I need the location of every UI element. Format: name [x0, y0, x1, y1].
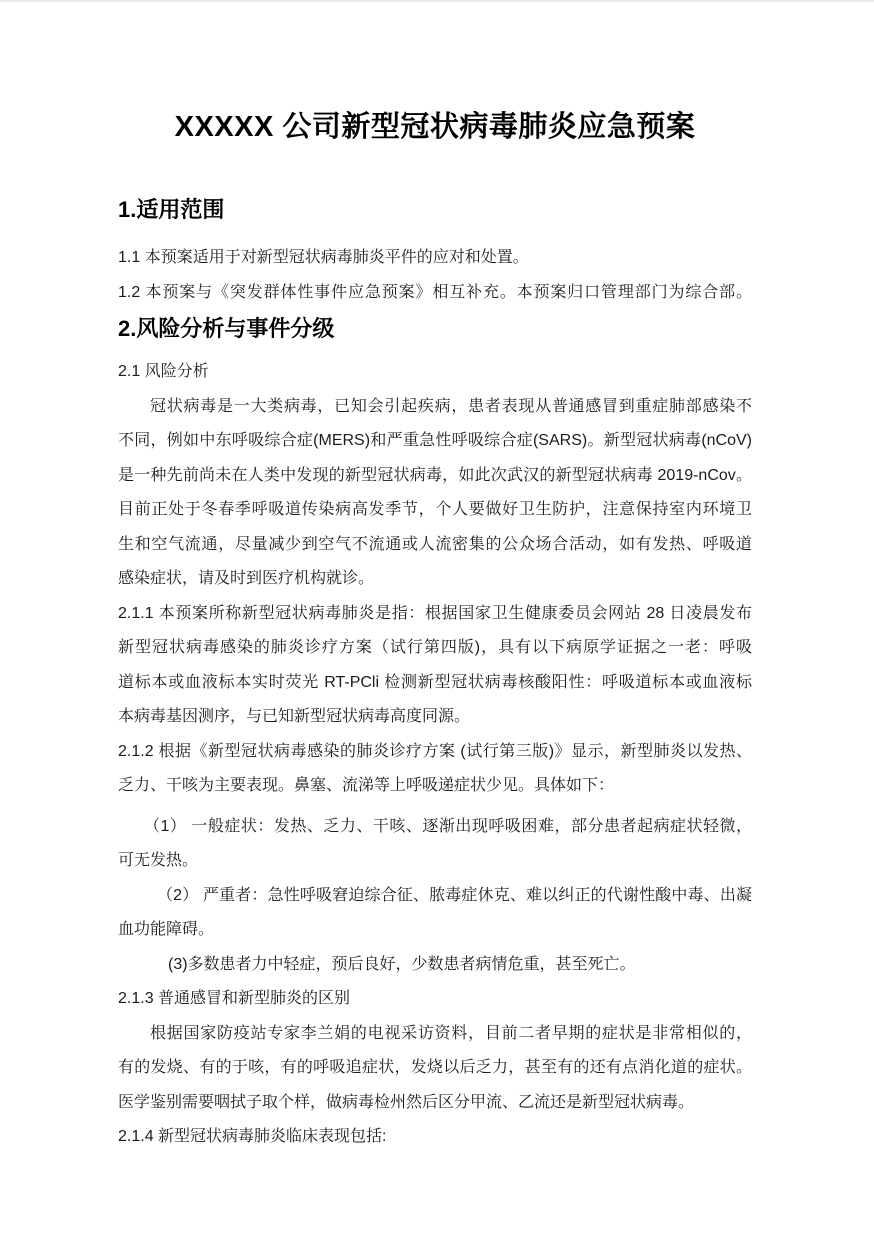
text-line: 1.1 本预案适用于对新型冠状病毒肺炎平件的应对和处置。: [118, 241, 752, 276]
text-line: 是一种先前尚未在人类中发现的新型冠状病毒，如此次武汉的新型冠状病毒 2019-n…: [118, 459, 752, 494]
text-line: 生和空气流通，尽量减少到空气不流通或人流密集的公众场合活动，如有发热、呼吸道: [118, 528, 752, 563]
text-line: （2） 严重者：急性呼吸窘迫综合征、脓毒症休克、难以纠正的代谢性酸中毒、出凝: [118, 879, 752, 914]
text-line: 可无发热。: [118, 844, 752, 879]
text-line: 2.1.2 根据《新型冠状病毒感染的肺炎诊疗方案 (试行第三版)》显示，新型肺炎…: [118, 735, 752, 770]
text-line: 2.1.4 新型冠状病毒肺炎临床表现包括:: [118, 1120, 752, 1155]
document-page: XXXXX 公司新型冠状病毒肺炎应急预案 1.适用范围1.1 本预案适用于对新型…: [0, 0, 874, 1238]
text-line: 血功能障碍。: [118, 913, 752, 948]
section-heading: 2.风险分析与事件分级: [118, 313, 752, 345]
text-line: 2.1 风险分析: [118, 355, 752, 390]
text-line: 医学鉴别需要咽拭子取个样，做病毒检州然后区分甲流、乙流还是新型冠状病毒。: [118, 1086, 752, 1121]
text-line: （1） 一般症状：发热、乏力、干咳、逐渐出现呼吸困难，部分患者起病症状轻微，: [118, 810, 752, 845]
text-line: 新型冠状病毒感染的肺炎诊疗方案（试行第四版)，具有以下病原学证据之一老：呼吸: [118, 631, 752, 666]
text-line: 感染症状，请及时到医疗机构就诊。: [118, 562, 752, 597]
section-heading: 1.适用范围: [118, 194, 752, 226]
text-line: 2.1.1 本预案所称新型冠状病毒肺炎是指：根据国家卫生健康委员会网站 28 日…: [118, 597, 752, 632]
text-line: 1.2 本预案与《突发群体性事件应急预案》相互补充。本预案归口管理部门为综合部。: [118, 276, 752, 311]
text-line: (3)多数患者力中轻症，预后良好，少数患者病情危重，甚至死亡。: [118, 948, 752, 983]
text-line: 不同，例如中东呼吸综合症(MERS)和严重急性呼吸综合症(SARS)。新型冠状病…: [118, 424, 752, 459]
text-line: 有的发烧、有的于咳，有的呼吸追症状，发烧以后乏力，甚至有的还有点消化道的症状。: [118, 1051, 752, 1086]
document-title: XXXXX 公司新型冠状病毒肺炎应急预案: [118, 104, 752, 150]
text-line: 根据国家防疫站专家李兰娟的电视采访资料，目前二者早期的症状是非常相似的，: [118, 1017, 752, 1052]
text-line: 道标本或血液标本实时荧光 RT-PCli 检测新型冠状病毒核酸阳性：呼吸道标本或…: [118, 666, 752, 701]
text-line: 乏力、干咳为主要表现。鼻塞、流涕等上呼吸递症状少见。具体如下：: [118, 769, 752, 804]
document-body: 1.适用范围1.1 本预案适用于对新型冠状病毒肺炎平件的应对和处置。1.2 本预…: [118, 194, 752, 1155]
text-line: 2.1.3 普通感冒和新型肺炎的区别: [118, 982, 752, 1017]
text-line: 冠状病毒是一大类病毒，已知会引起疾病，患者表现从普通感冒到重症肺部感染不: [118, 390, 752, 425]
text-line: 目前正处于冬春季呼吸道传染病高发季节，个人要做好卫生防护，注意保持室内环境卫: [118, 493, 752, 528]
text-line: 本病毒基因测序，与已知新型冠状病毒高度同源。: [118, 700, 752, 735]
